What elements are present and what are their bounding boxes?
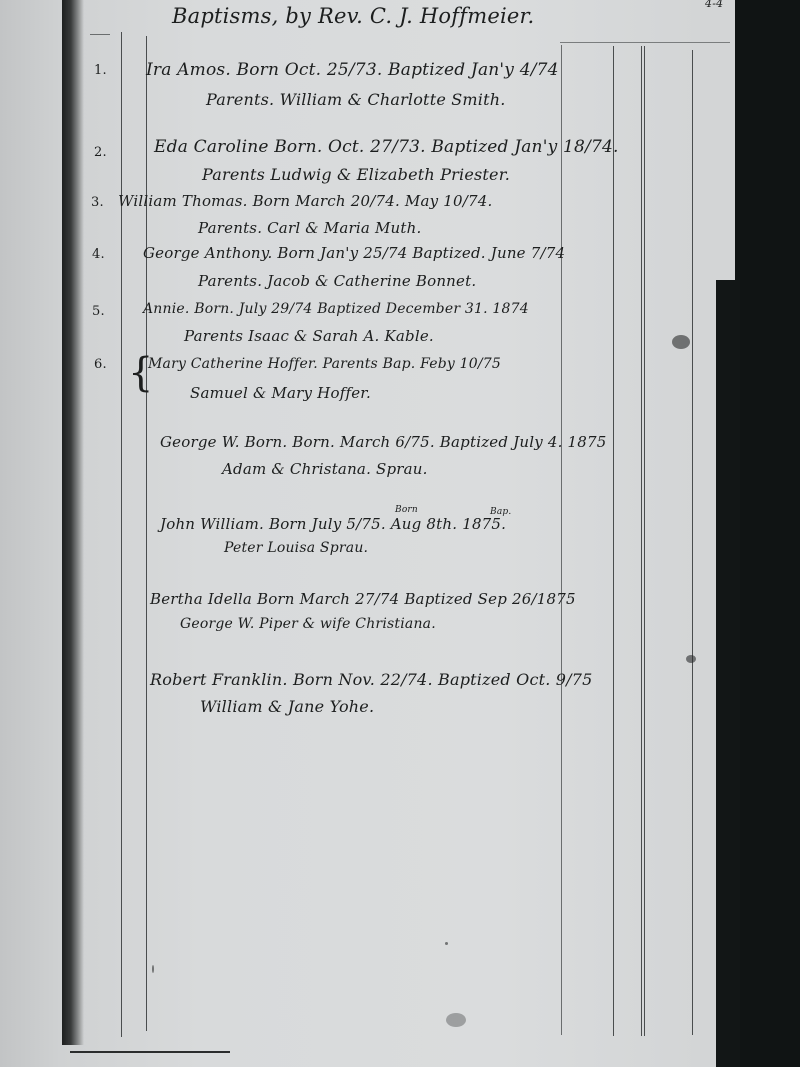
entry-line-parents: Parents Ludwig & Elizabeth Priester.	[202, 165, 510, 184]
margin-rule-1	[121, 32, 122, 1037]
dark-scan-border-edge	[716, 280, 740, 1067]
page-title: Baptisms, by Rev. C. J. Hoffmeier.	[172, 4, 534, 28]
scan-speck	[686, 655, 696, 663]
header-rule	[90, 34, 110, 35]
entry-line-parents: Adam & Christana. Sprau.	[222, 460, 428, 478]
entry-number: 3.	[91, 195, 104, 210]
entry-line-parents: George W. Piper & wife Christiana.	[180, 616, 436, 632]
scan-speck	[152, 965, 154, 973]
entry-line-child: Annie. Born. July 29/74 Baptized Decembe…	[143, 301, 529, 317]
entry-line-parents: Parents. William & Charlotte Smith.	[206, 90, 506, 109]
entry-line-parents: Samuel & Mary Hoffer.	[190, 384, 371, 402]
column-rule-3	[641, 46, 642, 1036]
page-number: 4-4	[705, 0, 723, 10]
superscript-born: Born	[395, 505, 418, 515]
scanned-register-page: Baptisms, by Rev. C. J. Hoffmeier. 4-4 1…	[0, 0, 800, 1067]
entry-line-child: George Anthony. Born Jan'y 25/74 Baptize…	[143, 244, 565, 262]
entry-line-child: John William. Born July 5/75. Aug 8th. 1…	[160, 515, 506, 533]
dark-scan-border	[735, 0, 800, 1067]
entry-number: 5.	[92, 304, 105, 319]
entry-line-parents: Parents Isaac & Sarah A. Kable.	[184, 327, 434, 345]
entry-line-child: George W. Born. Born. March 6/75. Baptiz…	[160, 433, 607, 451]
entry-number: 2.	[94, 145, 107, 160]
margin-rule-2	[146, 36, 147, 1031]
entry-number: 1.	[94, 63, 107, 78]
scan-speck	[672, 335, 690, 349]
entry-line-child: Robert Franklin. Born Nov. 22/74. Baptiz…	[150, 670, 593, 689]
entry-line-child: William Thomas. Born March 20/74. May 10…	[118, 192, 492, 210]
entry-line-child: Ira Amos. Born Oct. 25/73. Baptized Jan'…	[146, 60, 559, 80]
entry-line-child: Eda Caroline Born. Oct. 27/73. Baptized …	[154, 137, 619, 157]
entry-number: 4.	[92, 247, 105, 262]
entry-line-child: Bertha Idella Born March 27/74 Baptized …	[150, 590, 576, 608]
binding-shadow	[62, 0, 84, 1045]
column-rule-3b	[644, 46, 645, 1036]
column-rule-1	[561, 45, 562, 1035]
column-rule-2	[613, 46, 614, 1036]
entry-line-parents: Parents. Carl & Maria Muth.	[198, 219, 421, 237]
entry-number: 6.	[94, 357, 107, 372]
entry-line-parents: Parents. Jacob & Catherine Bonnet.	[198, 272, 476, 290]
scan-speck	[445, 942, 448, 945]
bottom-rule	[70, 1051, 230, 1053]
header-rule-right	[560, 42, 730, 43]
scan-speck	[446, 1013, 466, 1027]
column-rule-4	[692, 50, 693, 1035]
entry-line-child: Mary Catherine Hoffer. Parents Bap. Feby…	[148, 356, 501, 372]
entry-line-parents: Peter Louisa Sprau.	[224, 540, 368, 556]
entry-line-parents: William & Jane Yohe.	[200, 697, 374, 716]
